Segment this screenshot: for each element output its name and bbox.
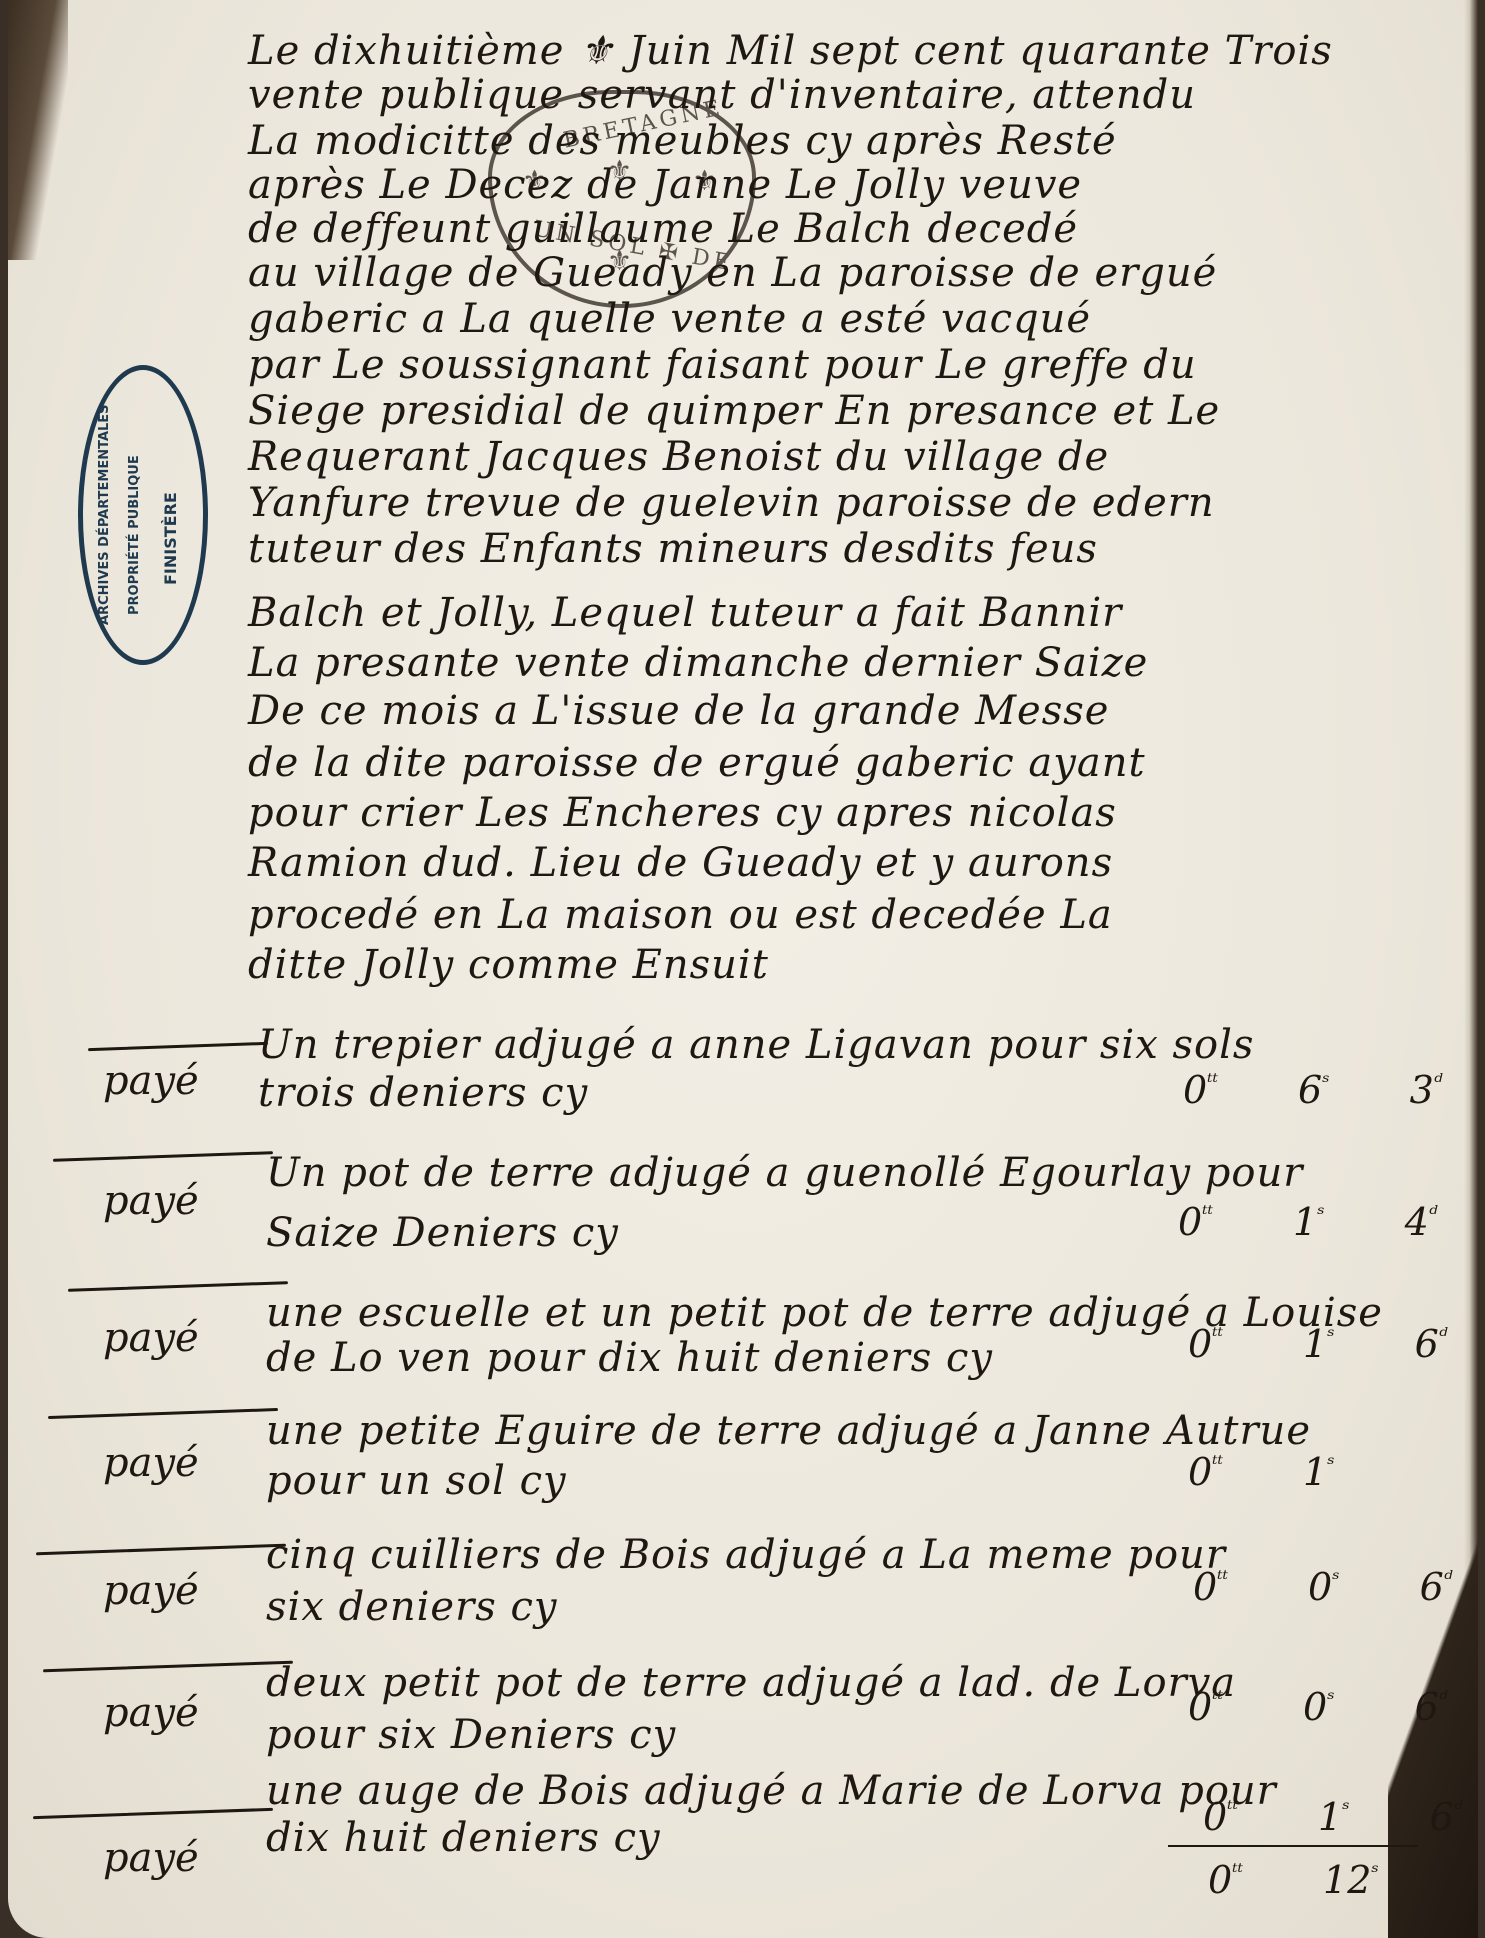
- entry-amount: 0ᵗᵗ 1ˢ: [1188, 1450, 1335, 1494]
- amount-livres: 0: [1188, 1685, 1212, 1729]
- unit-livres: ᵗᵗ: [1227, 1797, 1238, 1822]
- body-line: vente publique servant d'inventaire, att…: [248, 72, 1196, 118]
- entry-separator: [33, 1808, 273, 1819]
- entry-line-2: trois deniers cy: [258, 1070, 588, 1116]
- unit-livres: ᵗᵗ: [1217, 1567, 1228, 1592]
- body-line: Requerant Jacques Benoist du village de: [248, 434, 1109, 480]
- amount-deniers: 6: [1415, 1322, 1439, 1366]
- unit-deniers: ᵈ: [1434, 1070, 1443, 1095]
- unit-sols: ˢ: [1322, 1070, 1329, 1095]
- body-line: de la dite paroisse de ergué gaberic aya…: [248, 740, 1146, 786]
- paid-marker: payé: [103, 1835, 199, 1881]
- body-line: après Le Decez de Janne Le Jolly veuve: [248, 162, 1082, 208]
- amount-sols: 1: [1318, 1795, 1342, 1839]
- body-line: au village de Gueady en La paroisse de e…: [248, 250, 1217, 296]
- unit-livres: ᵗᵗ: [1212, 1324, 1223, 1349]
- paid-marker: payé: [103, 1315, 199, 1361]
- amount-deniers: 6: [1430, 1795, 1454, 1839]
- entry-separator: [43, 1661, 293, 1673]
- unit-livres: ᵗᵗ: [1232, 1860, 1243, 1885]
- stamp-line-1: ARCHIVES DÉPARTEMENTALES: [97, 404, 112, 625]
- paid-marker: payé: [103, 1568, 199, 1614]
- amount-deniers: 6: [1420, 1565, 1444, 1609]
- entry-line-1: une petite Eguire de terre adjugé a Jann…: [266, 1408, 1311, 1454]
- unit-sols: ˢ: [1327, 1324, 1334, 1349]
- paid-marker: payé: [103, 1058, 199, 1104]
- body-line: Siege presidial de quimper En presance e…: [248, 388, 1220, 434]
- unit-sols: ˢ: [1342, 1797, 1349, 1822]
- unit-livres: ᵗᵗ: [1202, 1202, 1213, 1227]
- manuscript-page: Le dixhuitième ⚜ Juin Mil sept cent quar…: [8, 0, 1478, 1938]
- entry-amount: 0ᵗᵗ 0ˢ 6ᵈ: [1193, 1565, 1453, 1609]
- body-line: Ramion dud. Lieu de Gueady et y aurons: [248, 840, 1113, 886]
- paid-marker: payé: [103, 1690, 199, 1736]
- entry-line-1: Un trepier adjugé a anne Ligavan pour si…: [258, 1022, 1254, 1068]
- unit-livres: ᵗᵗ: [1212, 1452, 1223, 1477]
- amount-deniers: 3: [1410, 1068, 1434, 1112]
- unit-sols: ˢ: [1327, 1452, 1334, 1477]
- body-line: gaberic a La quelle vente a esté vacqué: [248, 296, 1091, 342]
- unit-livres: ᵗᵗ: [1207, 1070, 1218, 1095]
- amount-livres: 0: [1193, 1565, 1217, 1609]
- entry-line-2: six deniers cy: [266, 1584, 557, 1630]
- entry-line-2: Saize Deniers cy: [266, 1210, 619, 1256]
- amount-deniers: 6: [1415, 1685, 1439, 1729]
- body-line: Balch et Jolly, Lequel tuteur a fait Ban…: [248, 590, 1122, 636]
- unit-deniers: ᵈ: [1439, 1324, 1448, 1349]
- entry-line-1: Un pot de terre adjugé a guenollé Egourl…: [266, 1150, 1303, 1196]
- entry-line-2: pour un sol cy: [266, 1458, 567, 1504]
- amount-livres: 0: [1188, 1450, 1212, 1494]
- amount-livres: 0: [1183, 1068, 1207, 1112]
- entry-separator: [36, 1544, 286, 1556]
- unit-deniers: ᵈ: [1429, 1202, 1438, 1227]
- body-line: Yanfure trevue de guelevin paroisse de e…: [248, 480, 1215, 526]
- amount-sols: 0: [1303, 1685, 1327, 1729]
- entry-separator: [53, 1151, 273, 1162]
- amount-sols: 1: [1303, 1450, 1327, 1494]
- paid-marker: payé: [103, 1178, 199, 1224]
- entry-line-1: une auge de Bois adjugé a Marie de Lorva…: [266, 1768, 1277, 1814]
- total-livres: 0: [1208, 1858, 1232, 1902]
- entry-line-1: deux petit pot de terre adjugé a lad. de…: [266, 1660, 1236, 1706]
- total-sols: 12: [1323, 1858, 1371, 1902]
- unit-sols: ˢ: [1317, 1202, 1324, 1227]
- entry-amount: 0ᵗᵗ 1ˢ 6ᵈ: [1203, 1795, 1463, 1839]
- entry-amount: 0ᵗᵗ 1ˢ 6ᵈ: [1188, 1322, 1448, 1366]
- paid-marker: payé: [103, 1440, 199, 1486]
- amount-livres: 0: [1178, 1200, 1202, 1244]
- amount-deniers: 4: [1405, 1200, 1429, 1244]
- amount-livres: 0: [1203, 1795, 1227, 1839]
- unit-deniers: ᵈ: [1444, 1567, 1453, 1592]
- entry-separator: [68, 1281, 288, 1292]
- body-line: La presante vente dimanche dernier Saize: [248, 640, 1148, 686]
- body-line: pour crier Les Encheres cy apres nicolas: [248, 790, 1117, 836]
- amount-sols: 1: [1293, 1200, 1317, 1244]
- entry-amount: 0ᵗᵗ 0ˢ 6ᵈ: [1188, 1685, 1448, 1729]
- stamp-line-3: FINISTÈRE: [161, 492, 180, 585]
- body-line: de deffeunt guillaume Le Balch decedé: [248, 206, 1078, 252]
- entry-separator: [88, 1042, 268, 1051]
- entry-line-2: de Lo ven pour dix huit deniers cy: [266, 1335, 993, 1381]
- unit-sols: ˢ: [1371, 1860, 1378, 1885]
- amount-sols: 1: [1303, 1322, 1327, 1366]
- body-line: tuteur des Enfants mineurs desdits feus: [248, 526, 1098, 572]
- entry-line-2: dix huit deniers cy: [266, 1815, 661, 1861]
- body-line: ditte Jolly comme Ensuit: [248, 942, 769, 988]
- amount-sols: 0: [1308, 1565, 1332, 1609]
- body-line: De ce mois a L'issue de la grande Messe: [248, 688, 1109, 734]
- unit-sols: ˢ: [1332, 1567, 1339, 1592]
- body-line: par Le soussignant faisant pour Le greff…: [248, 342, 1197, 388]
- entry-line-2: pour six Deniers cy: [266, 1712, 676, 1758]
- body-line: procedé en La maison ou est decedée La: [248, 892, 1113, 938]
- amount-sols: 6: [1298, 1068, 1322, 1112]
- unit-deniers: ᵈ: [1439, 1687, 1448, 1712]
- unit-livres: ᵗᵗ: [1212, 1687, 1223, 1712]
- heading-line: Le dixhuitième ⚜ Juin Mil sept cent quar…: [248, 28, 1333, 74]
- entry-amount: 0ᵗᵗ 6ˢ 3ᵈ: [1183, 1068, 1443, 1112]
- entry-separator: [48, 1408, 278, 1419]
- archive-stamp: ARCHIVES DÉPARTEMENTALES PROPRIÉTÉ PUBLI…: [78, 365, 208, 665]
- page-fold-shadow: [8, 0, 68, 260]
- entry-amount: 0ᵗᵗ 1ˢ 4ᵈ: [1178, 1200, 1438, 1244]
- total-amount: 0ᵗᵗ 12ˢ: [1208, 1858, 1379, 1902]
- entry-line-1: cinq cuilliers de Bois adjugé a La meme …: [266, 1532, 1226, 1578]
- body-line: La modicitte des meubles cy après Resté: [248, 118, 1117, 164]
- total-rule: [1168, 1845, 1418, 1847]
- unit-deniers: ᵈ: [1454, 1797, 1463, 1822]
- unit-sols: ˢ: [1327, 1687, 1334, 1712]
- stamp-line-2: PROPRIÉTÉ PUBLIQUE: [127, 455, 142, 615]
- amount-livres: 0: [1188, 1322, 1212, 1366]
